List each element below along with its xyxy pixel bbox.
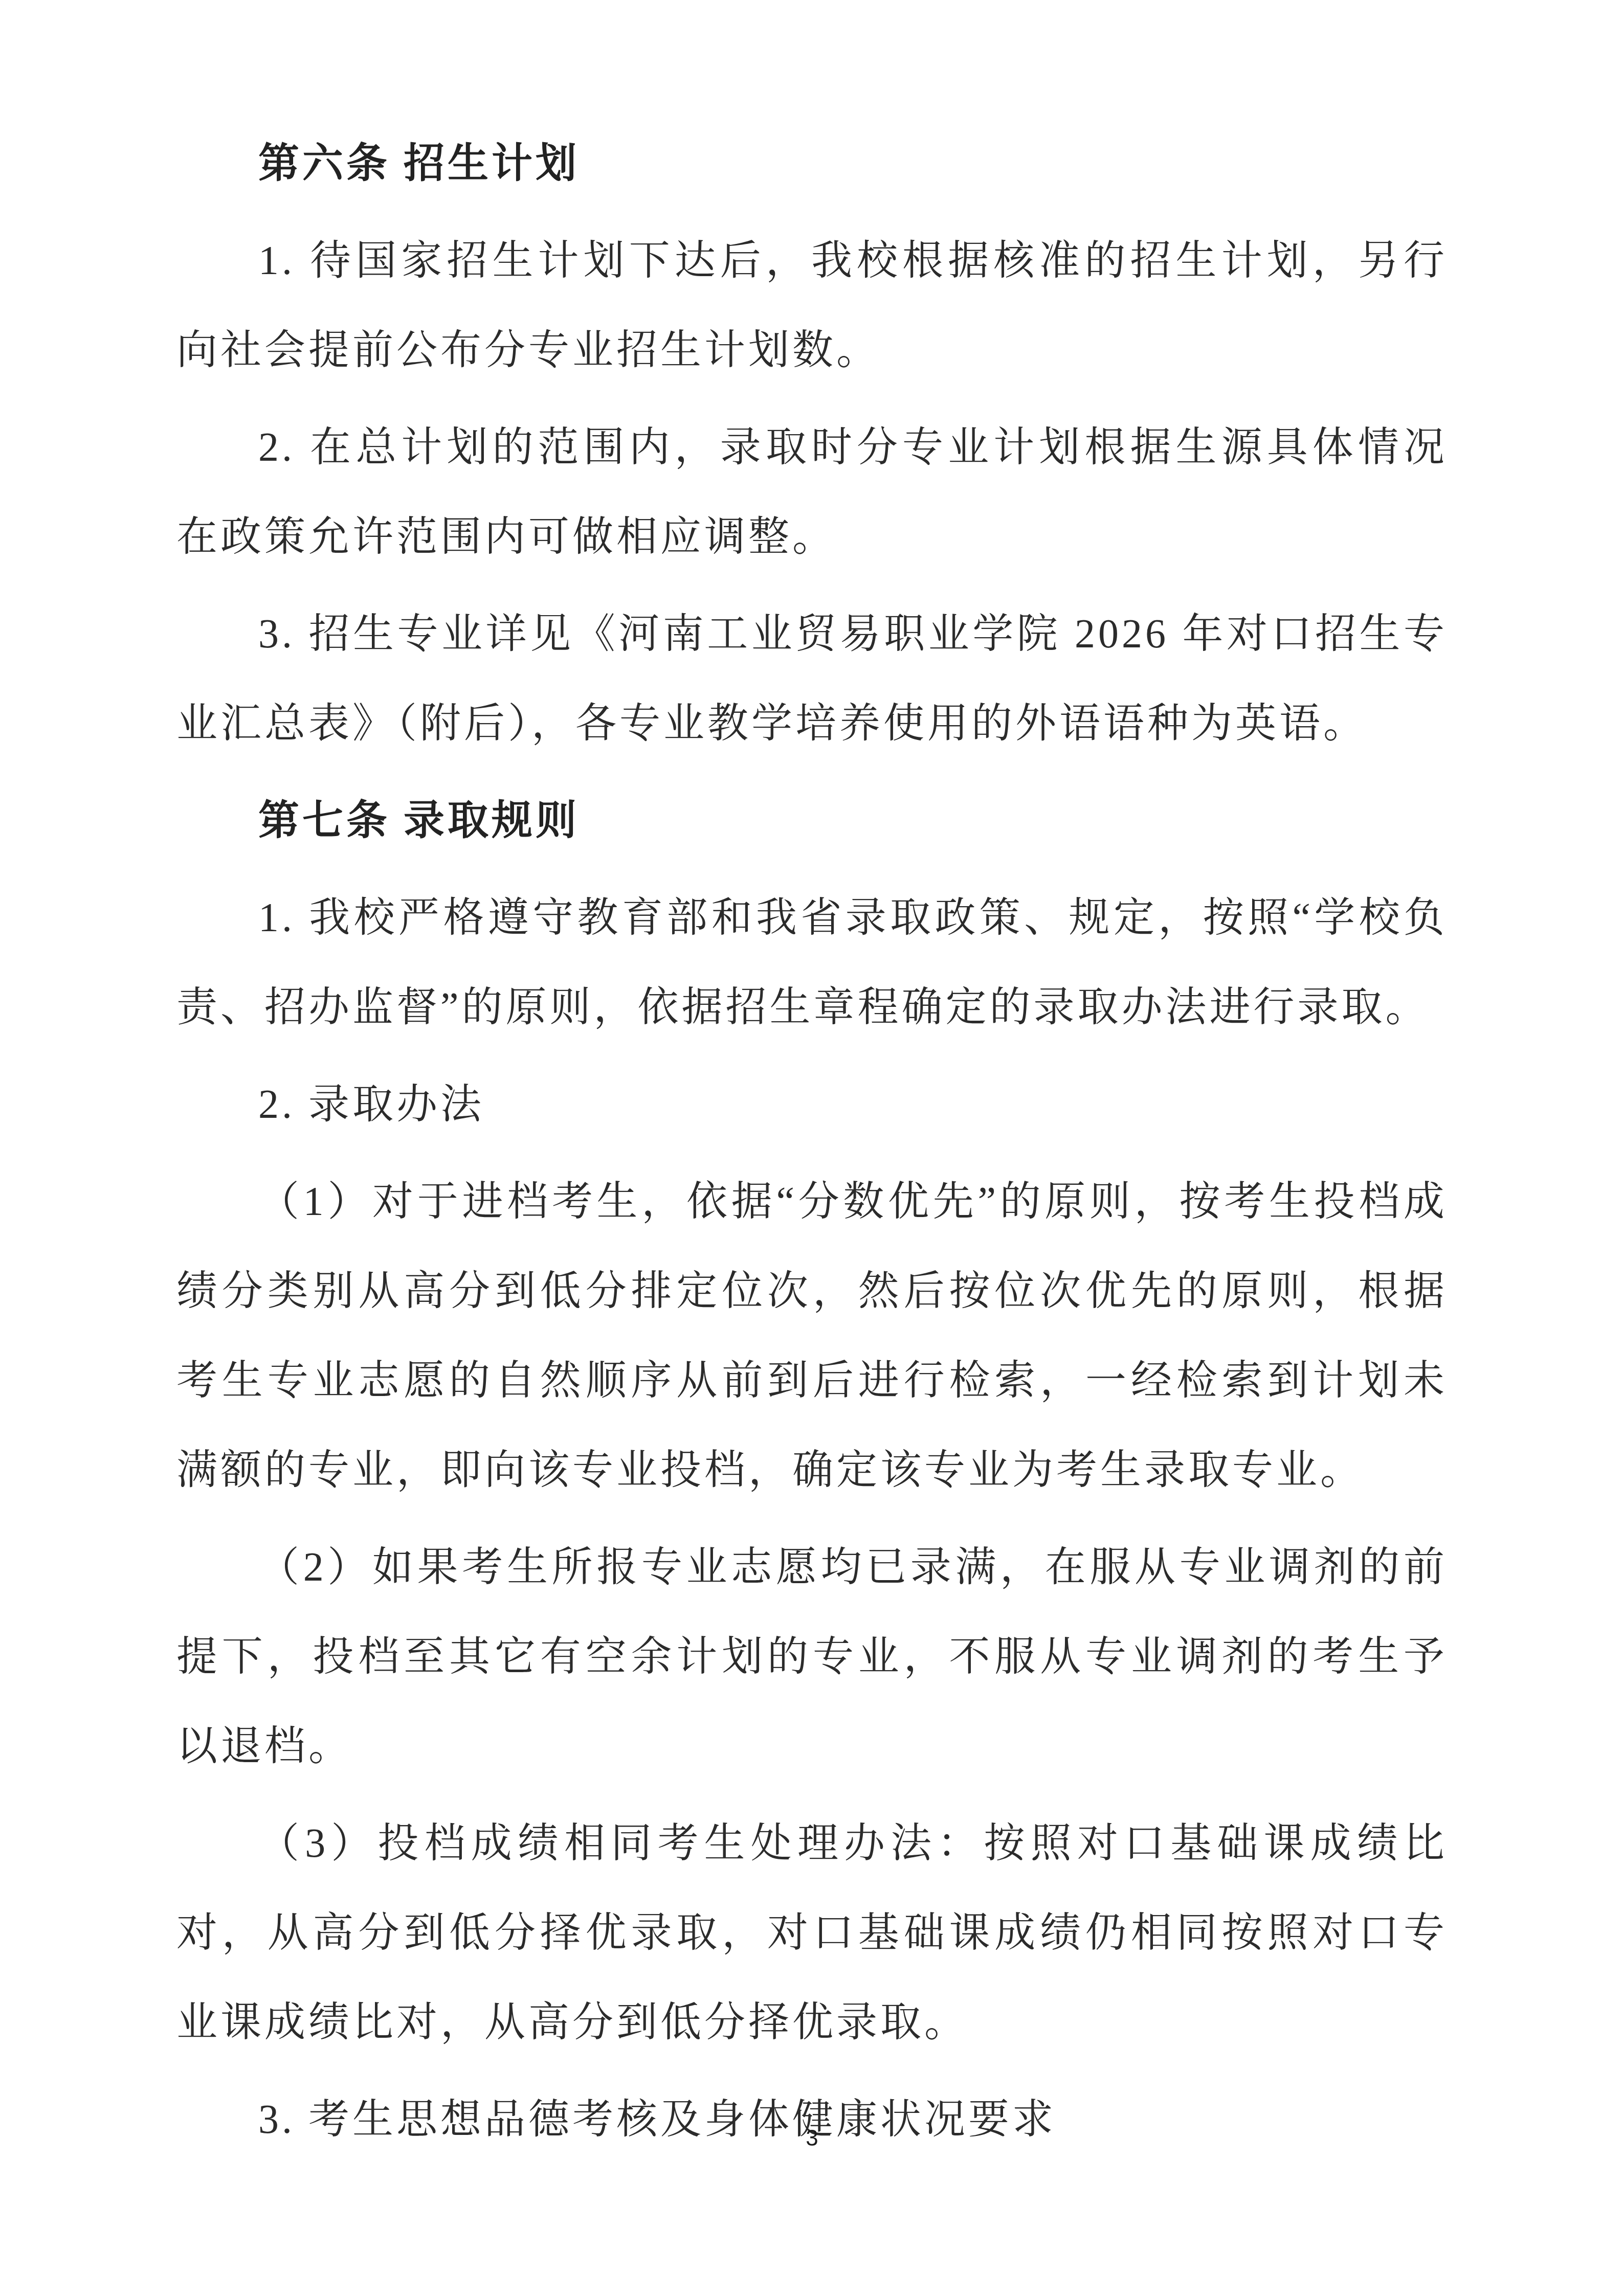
paragraph-enrollment-plan-2: 2. 在总计划的范围内，录取时分专业计划根据生源具体情况在政策允许范围内可做相应… [176, 403, 1448, 582]
article-6-heading: 第六条 招生计划 [176, 119, 1448, 209]
paragraph-admission-method-1: （1）对于进档考生，依据“分数优先”的原则，按考生投档成绩分类别从高分到低分排定… [176, 1157, 1448, 1515]
paragraph-admission-method-3: （3）投档成绩相同考生处理办法：按照对口基础课成绩比对，从高分到低分择优录取，对… [176, 1799, 1448, 2067]
paragraph-enrollment-plan-1: 1. 待国家招生计划下达后，我校根据核准的招生计划，另行向社会提前公布分专业招生… [176, 216, 1448, 395]
paragraph-admission-rule-3: 3. 考生思想品德考核及身体健康状况要求 [176, 2075, 1448, 2165]
page-footer: 3 [0, 2127, 1624, 2150]
page-number: 3 [806, 2126, 818, 2151]
document-body: 第六条 招生计划 1. 待国家招生计划下达后，我校根据核准的招生计划，另行向社会… [176, 119, 1448, 2172]
article-7-heading: 第七条 录取规则 [176, 776, 1448, 866]
paragraph-admission-rule-2: 2. 录取办法 [176, 1060, 1448, 1150]
paragraph-admission-rule-1: 1. 我校严格遵守教育部和我省录取政策、规定，按照“学校负责、招办监督”的原则，… [176, 873, 1448, 1052]
paragraph-enrollment-plan-3: 3. 招生专业详见《河南工业贸易职业学院 2026 年对口招生专业汇总表》（附后… [176, 590, 1448, 769]
document-page: 第六条 招生计划 1. 待国家招生计划下达后，我校根据核准的招生计划，另行向社会… [0, 0, 1624, 2296]
paragraph-admission-method-2: （2）如果考生所报专业志愿均已录满，在服从专业调剂的前提下，投档至其它有空余计划… [176, 1523, 1448, 1791]
